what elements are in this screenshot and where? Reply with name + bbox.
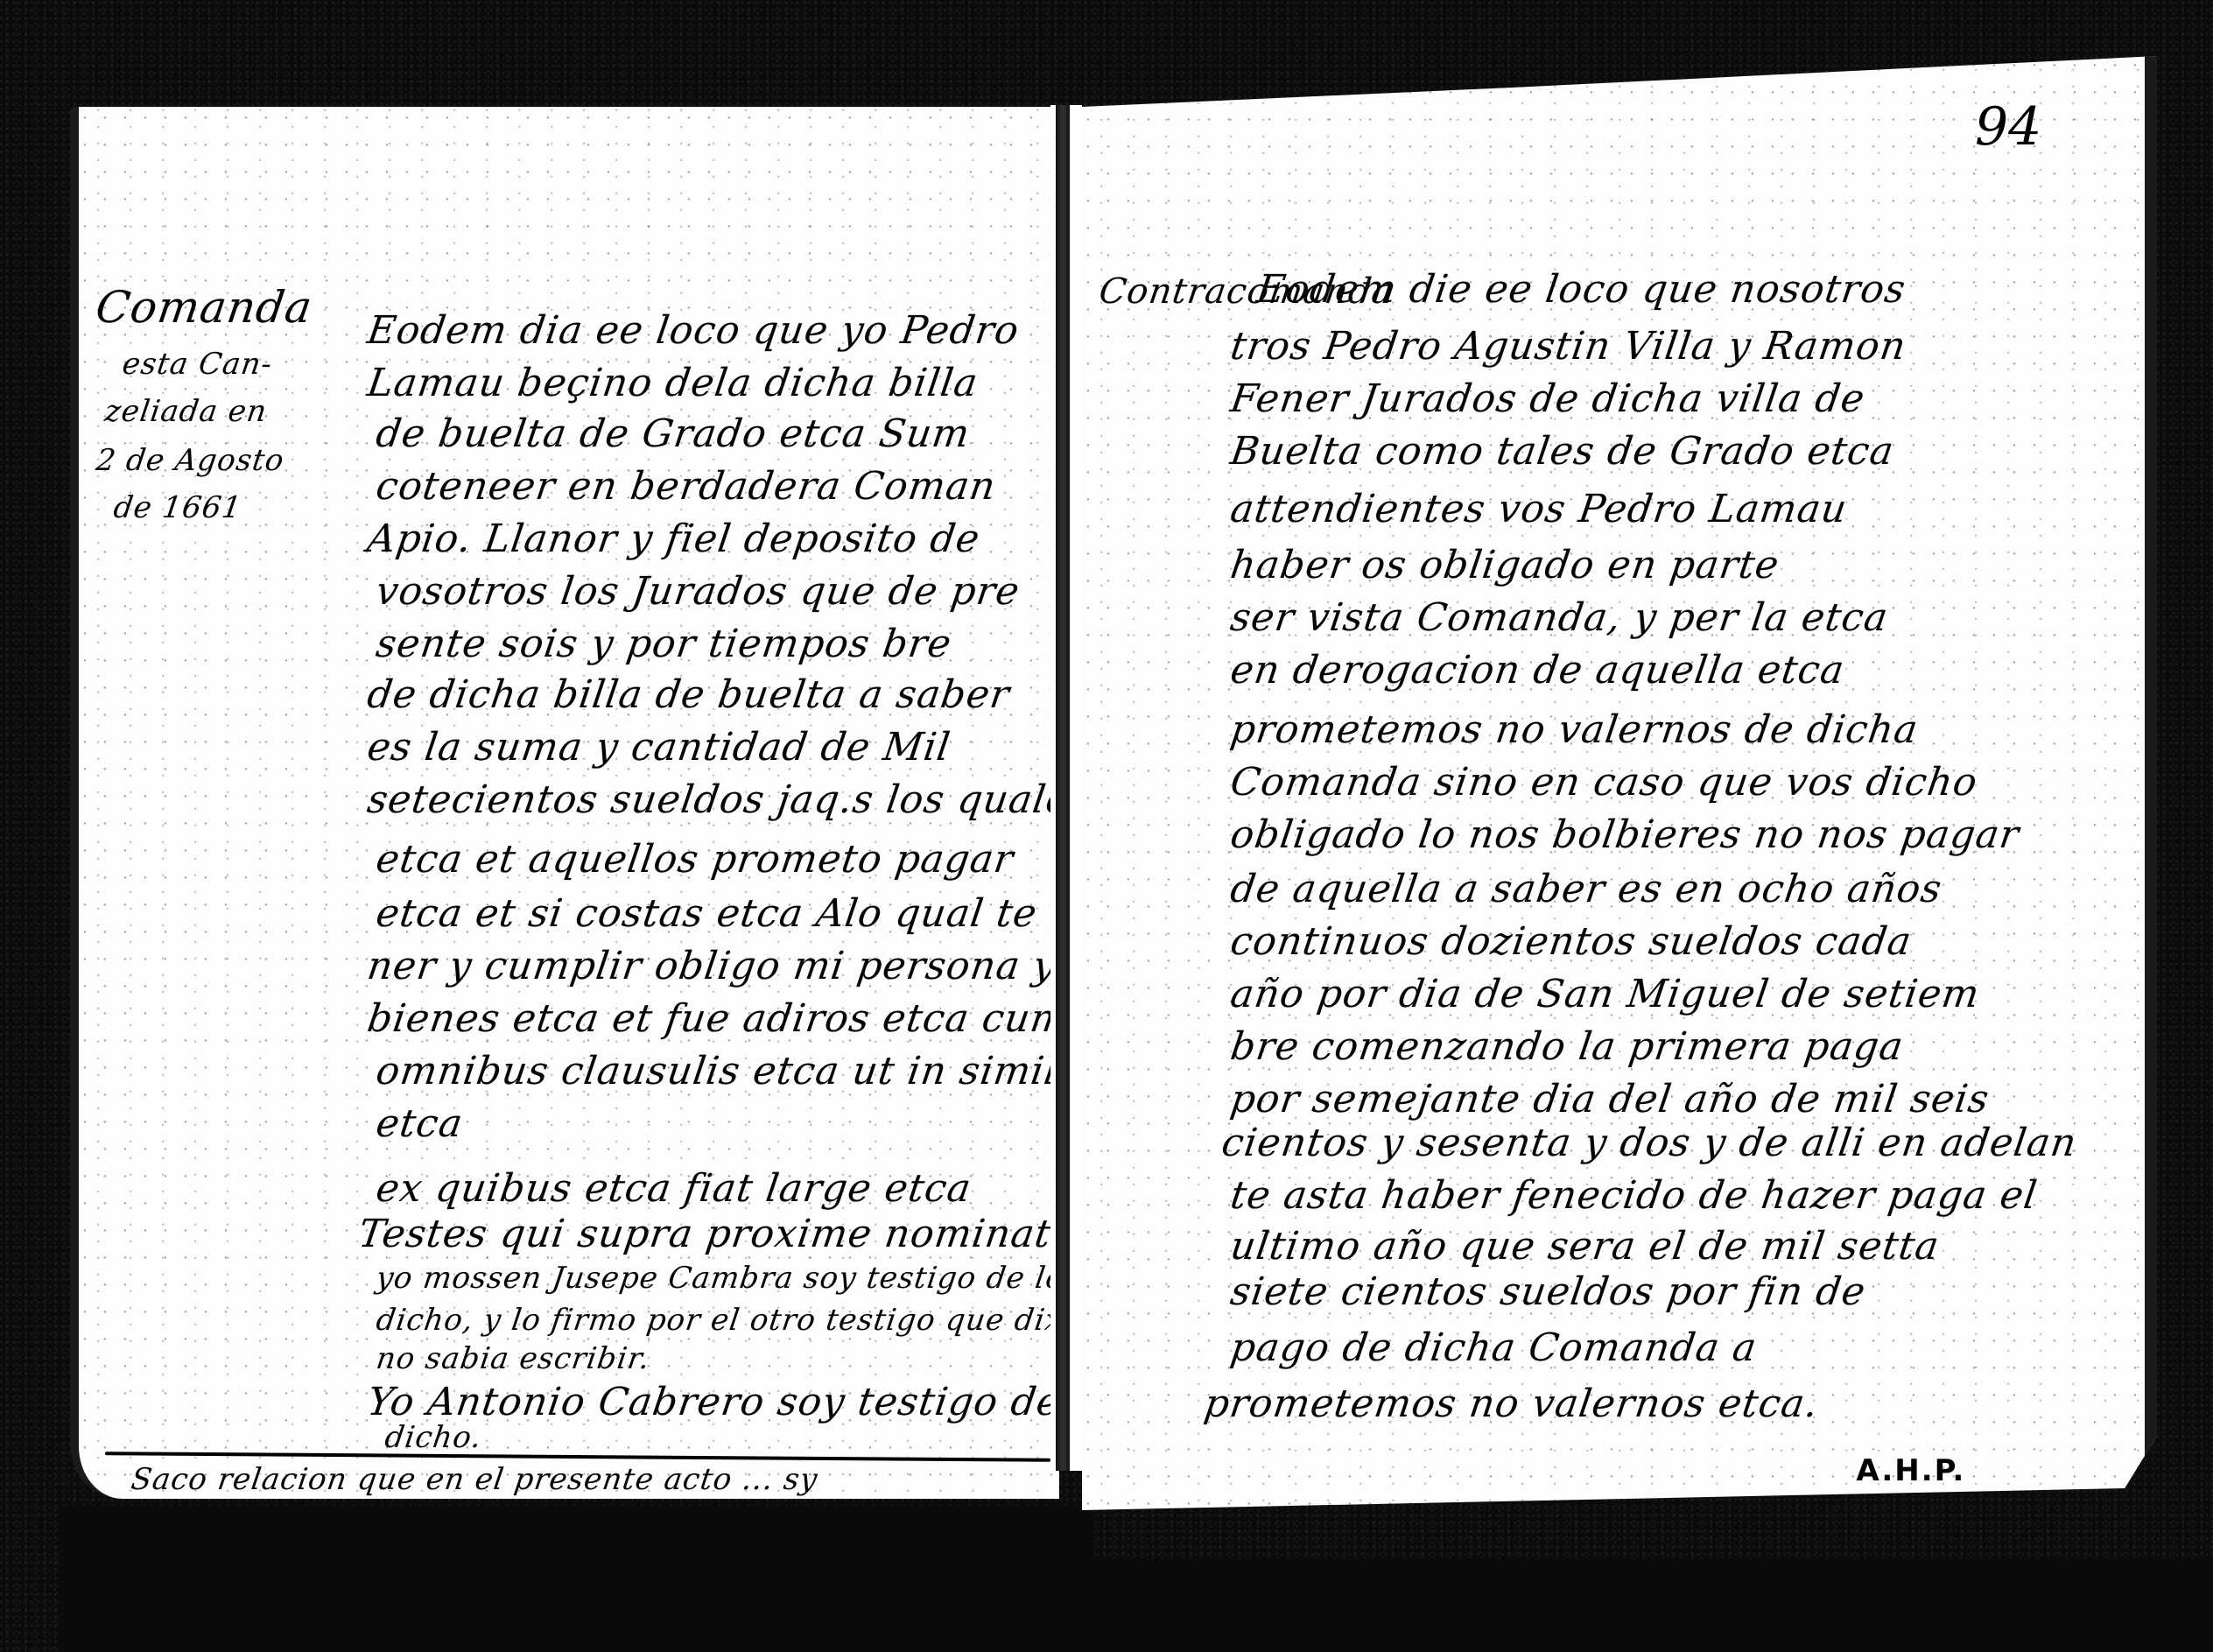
left-line-8: de dicha billa de buelta a saber [364, 672, 1012, 717]
right-line-3: Fener Jurados de dicha villa de [1227, 376, 1867, 421]
right-line-4: Buelta como tales de Grado etca [1227, 429, 1897, 474]
left-line-10: setecientos sueldos jaq.s los quales [364, 777, 1059, 822]
right-line-17: cientos y sesenta y dos y de alli en ade… [1219, 1121, 2079, 1165]
left-footer-line-3: yo mossen Jusepe Cambra soy testigo de l… [374, 1261, 1059, 1296]
left-margin-note-3: zeliada en [102, 394, 270, 429]
left-footer-line-6: Yo Antonio Cabrero soy testigo de lo [364, 1380, 1059, 1424]
book-gutter [1050, 105, 1082, 1471]
left-margin-note-4: 2 de Agosto [94, 443, 286, 478]
right-line-13: continuos dozientos sueldos cada [1227, 919, 1914, 964]
page-number: 94 [1975, 96, 2041, 158]
right-line-8: en derogacion de aquella etca [1227, 648, 1847, 692]
left-footer-line-2: Testes qui supra proxime nominati [355, 1212, 1059, 1256]
left-line-3: de buelta de Grado etca Sum [373, 411, 973, 456]
right-line-9: prometemos no valernos de dicha [1227, 707, 1921, 752]
right-line-18: te asta haber fenecido de hazer paga el [1227, 1173, 2040, 1218]
right-line-5: attendientes vos Pedro Lamau [1227, 487, 1850, 531]
right-line-16: por semejante dia del año de mil seis [1227, 1077, 1992, 1121]
right-line-6: haber os obligado en parte [1227, 543, 1781, 587]
left-line-9: es la suma y cantidad de Mil [364, 725, 953, 770]
left-line-11: etca et aquellos prometo pagar [373, 837, 1016, 882]
right-line-2: tros Pedro Agustin Villa y Ramon [1227, 324, 1908, 369]
left-bottom-note-1: Saco relacion que en el presente acto ..… [129, 1462, 820, 1497]
left-line-5: Apio. Llanor y fiel deposito de [364, 517, 982, 561]
right-line-20: siete cientos sueldos por fin de [1227, 1269, 1868, 1314]
left-line-7: sente sois y por tiempos bre [373, 622, 954, 666]
left-line-15: omnibus clausulis etca ut in simili [373, 1049, 1059, 1093]
left-line-13: ner y cumplir obligo mi persona y [364, 944, 1058, 988]
left-margin-note-1: Comanda [93, 282, 316, 333]
left-line-1: Eodem dia ee loco que yo Pedro [364, 308, 1022, 353]
right-line-7: ser vista Comanda, y per la etca [1227, 595, 1891, 640]
right-line-12: de aquella a saber es en ocho años [1227, 867, 1944, 911]
left-footer-line-7: dicho. [383, 1420, 484, 1455]
right-line-15: bre comenzando la primera paga [1227, 1024, 1906, 1069]
left-line-16: etca [373, 1101, 466, 1146]
right-line-19: ultimo año que sera el de mil setta [1227, 1224, 1942, 1269]
right-line-21: pago de dicha Comanda a [1227, 1325, 1760, 1370]
right-page: 94 Contracomanda Eodem die ee loco que n… [1082, 0, 2157, 1558]
right-page-bottom-edge [1082, 1558, 2213, 1652]
right-line-10: Comanda sino en caso que vos dicho [1227, 760, 1980, 805]
left-line-12: etca et si costas etca Alo qual te [373, 891, 1040, 936]
left-footer-line-1: ex quibus etca fiat large etca [373, 1166, 974, 1211]
left-line-14: bienes etca et fue adiros etca cum [364, 996, 1059, 1041]
left-line-2: Lamau beçino dela dicha billa [364, 361, 980, 405]
left-footer-line-5: no sabia escribir. [374, 1341, 652, 1376]
separator-rule [105, 1452, 1050, 1462]
left-page-bottom-edge [61, 1506, 1094, 1652]
left-line-4: coteneer en berdadera Coman [373, 464, 998, 509]
right-line-11: obligado lo nos bolbieres no nos pagar [1227, 812, 2022, 857]
left-footer-line-4: dicho, y lo firmo por el otro testigo qu… [374, 1303, 1059, 1338]
stamp-logo: A.H.P. [1852, 1453, 1970, 1488]
right-line-1: Eodem die ee loco que nosotros [1254, 267, 1908, 312]
left-line-6: vosotros los Jurados que de pre [373, 569, 1022, 614]
right-line-22: prometemos no valernos etca. [1201, 1381, 1821, 1426]
left-margin-note-2: esta Can- [120, 347, 275, 382]
left-page: Comanda esta Can- zeliada en 2 de Agosto… [70, 107, 1059, 1499]
right-line-14: año por dia de San Miguel de setiem [1227, 972, 1982, 1016]
left-margin-note-5: de 1661 [111, 490, 244, 525]
